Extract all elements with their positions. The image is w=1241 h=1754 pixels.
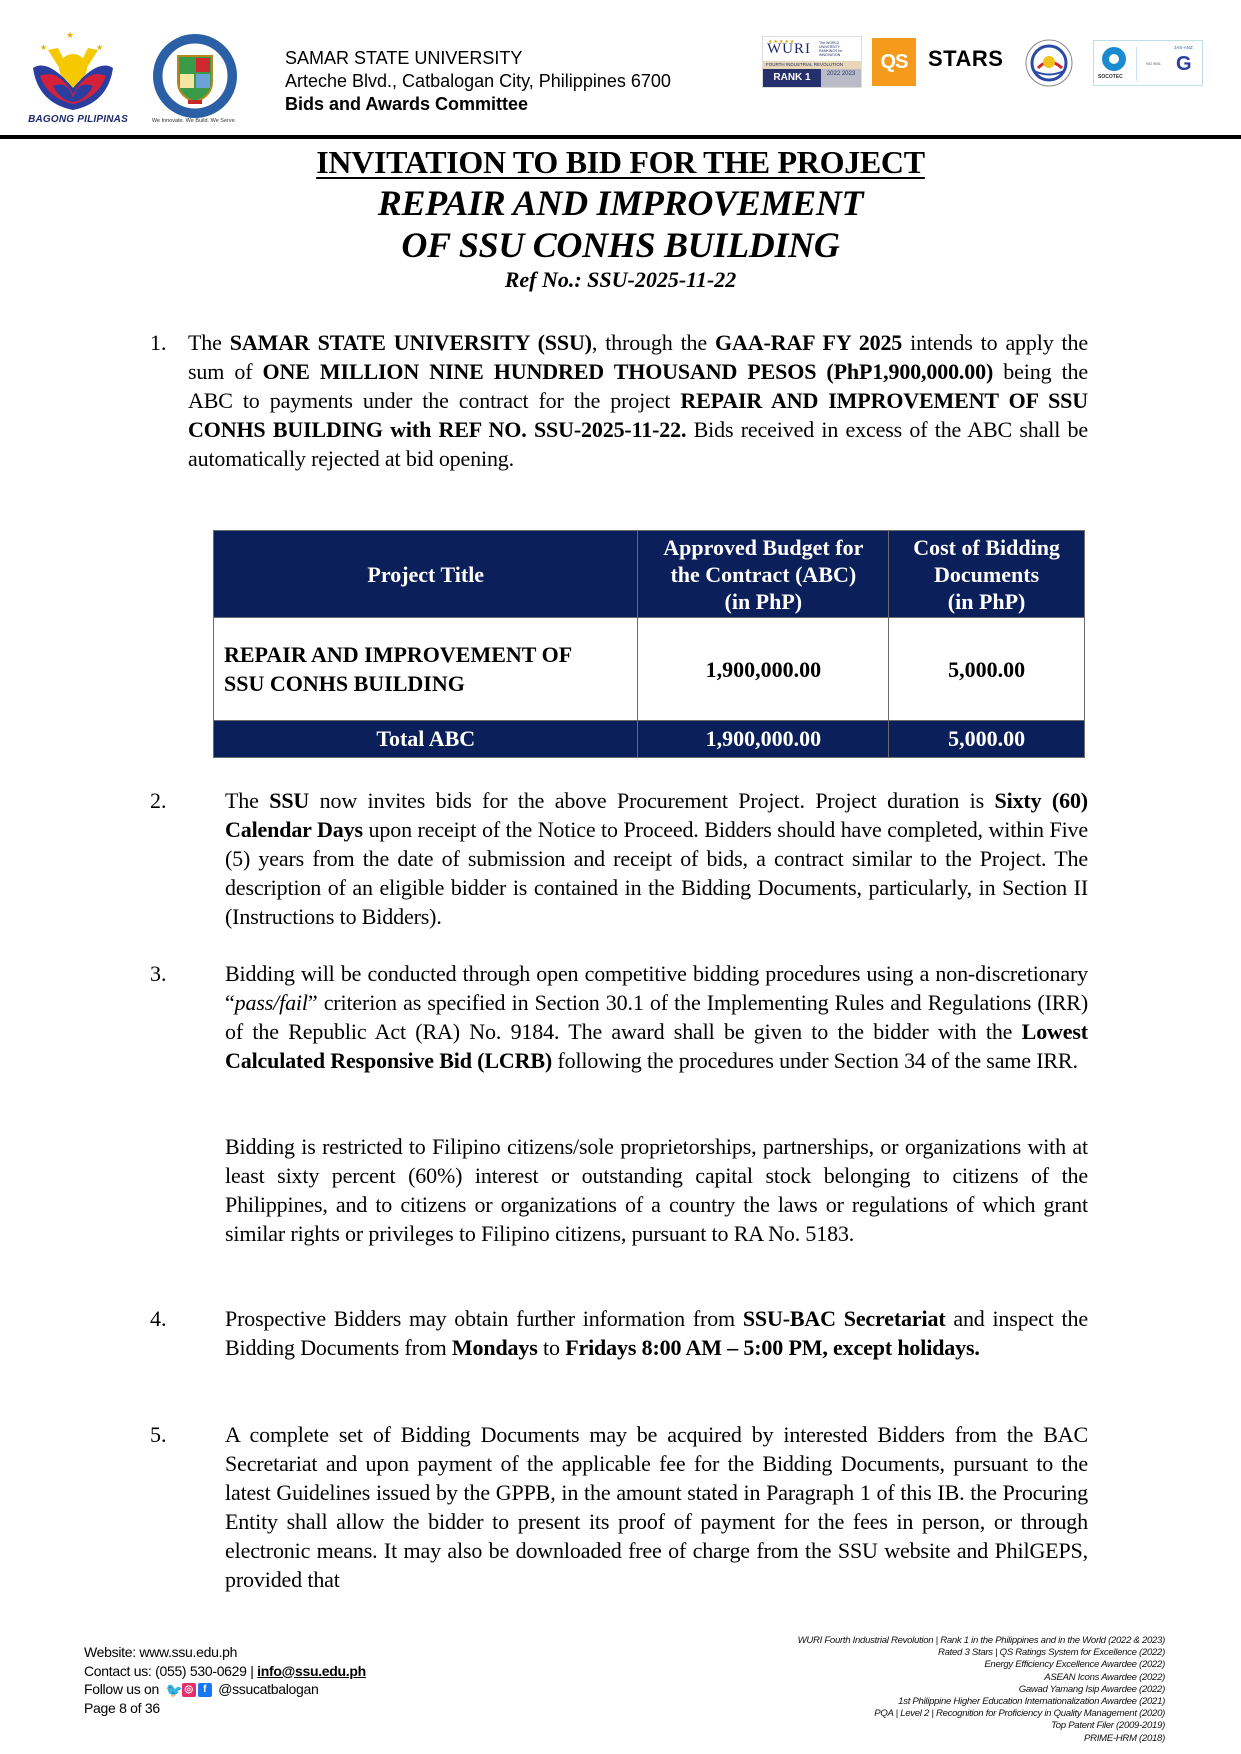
paragraph-2: The SSU now invites bids for the above P…: [225, 786, 1088, 931]
paragraph-number: 4.: [150, 1304, 167, 1333]
paragraph-1: The SAMAR STATE UNIVERSITY (SSU), throug…: [188, 328, 1088, 473]
cell-project-title: REPAIR AND IMPROVEMENT OFSSU CONHS BUILD…: [214, 618, 638, 721]
table-header-row: Project Title Approved Budget forthe Con…: [214, 531, 1085, 618]
award-item: Top Patent Filer (2009-2019): [798, 1720, 1165, 1732]
svg-text:★: ★: [40, 43, 47, 52]
ssu-seal-logo: We Innovate. We Build. We Serve.: [140, 32, 250, 132]
footer-awards: WURI Fourth Industrial Revolution | Rank…: [798, 1635, 1165, 1745]
abc-table: Project Title Approved Budget forthe Con…: [213, 530, 1085, 758]
cell-abc: 1,900,000.00: [638, 618, 889, 721]
paragraph-number: 1.: [150, 328, 167, 357]
follow-label: Follow us on: [84, 1681, 159, 1697]
org-unit: Bids and Awards Committee: [285, 93, 671, 116]
socotec-logo-icon: [1102, 47, 1126, 71]
wuri-rank: RANK 1: [763, 69, 821, 87]
award-item: 1st Philippine Higher Education Internat…: [798, 1696, 1165, 1708]
bagong-pilipinas-emblem-icon: ★ ★ ★: [18, 28, 128, 114]
total-cost-of-docs: 5,000.00: [889, 721, 1085, 758]
socotec-name: SOCOTEC: [1098, 74, 1123, 80]
cell-cost-of-docs: 5,000.00: [889, 618, 1085, 721]
footer-contact: Website: www.ssu.edu.ph Contact us: (055…: [84, 1643, 366, 1717]
paragraph-5: A complete set of Bidding Documents may …: [225, 1420, 1088, 1594]
ssu-seal-icon: [140, 32, 250, 120]
footer-phone: Contact us: (055) 530-0629 |: [84, 1663, 257, 1679]
column-header-project-title: Project Title: [214, 531, 638, 618]
footer-website[interactable]: Website: www.ssu.edu.ph: [84, 1643, 366, 1662]
bagong-pilipinas-logo: ★ ★ ★ BAGONG PILIPINAS: [18, 28, 128, 128]
award-item: Energy Efficiency Excellence Awardee (20…: [798, 1659, 1165, 1671]
total-label: Total ABC: [214, 721, 638, 758]
letterhead: ★ ★ ★ BAGONG PILIPINAS We Innovate. We B…: [0, 0, 1241, 140]
reference-number: Ref No.: SSU-2025-11-22: [0, 266, 1241, 294]
qs-stars-label: STARS: [928, 46, 1003, 72]
footer-email-link[interactable]: info@ssu.edu.ph: [257, 1663, 366, 1679]
pqa-seal-icon: [1024, 38, 1074, 88]
ssu-tagline: We Innovate. We Build. We Serve.: [134, 118, 254, 124]
paragraph-3: Bidding will be conducted through open c…: [225, 959, 1088, 1075]
document-title: INVITATION TO BID FOR THE PROJECT REPAIR…: [0, 142, 1241, 294]
wuri-band: FOURTH INDUSTRIAL REVOLUTION: [763, 61, 861, 69]
header-divider: [0, 135, 1241, 139]
table-total-row: Total ABC 1,900,000.00 5,000.00: [214, 721, 1085, 758]
title-line-invitation: INVITATION TO BID FOR THE PROJECT: [0, 142, 1241, 182]
table-row: REPAIR AND IMPROVEMENT OFSSU CONHS BUILD…: [214, 618, 1085, 721]
paragraph-number: 2.: [150, 786, 167, 815]
wuri-subtitle: The WORLD UNIVERSITY RANKINGS for INNOVA…: [819, 41, 859, 57]
page-number: Page 8 of 36: [84, 1699, 366, 1718]
award-item: Rated 3 Stars | QS Ratings System for Ex…: [798, 1647, 1165, 1659]
award-item: WURI Fourth Industrial Revolution | Rank…: [798, 1635, 1165, 1647]
column-header-abc: Approved Budget forthe Contract (ABC)(in…: [638, 531, 889, 618]
award-item: PQA | Level 2 | Recognition for Proficie…: [798, 1708, 1165, 1720]
pqa-seal-logo: [1024, 38, 1074, 88]
paragraph-number: 3.: [150, 959, 167, 988]
paragraph-number: 5.: [150, 1420, 167, 1449]
org-address: Arteche Blvd., Catbalogan City, Philippi…: [285, 70, 671, 93]
title-line-project-2: OF SSU CONHS BUILDING: [0, 224, 1241, 266]
social-handle: @ssucatbalogan: [218, 1681, 318, 1697]
instagram-icon[interactable]: ◎: [182, 1683, 196, 1697]
footer-contact-line: Contact us: (055) 530-0629 | info@ssu.ed…: [84, 1662, 366, 1681]
bagong-pilipinas-caption: BAGONG PILIPINAS: [20, 114, 136, 125]
title-line-project-1: REPAIR AND IMPROVEMENT: [0, 182, 1241, 224]
footer-social-line: Follow us on 🐦 ◎ f @ssucatbalogan: [84, 1680, 366, 1699]
total-abc: 1,900,000.00: [638, 721, 889, 758]
socotec-iso-badge: SOCOTEC ISO 9001 JAS-ANZ G: [1093, 40, 1203, 86]
facebook-icon[interactable]: f: [198, 1683, 212, 1697]
jas-anz-logo-icon: G: [1176, 53, 1192, 76]
award-item: PRIME-HRM (2018): [798, 1733, 1165, 1745]
star-rating-icon: ★★★★★: [768, 39, 795, 45]
iso-label: ISO 9001: [1136, 47, 1170, 81]
org-name: SAMAR STATE UNIVERSITY: [285, 47, 671, 70]
organization-block: SAMAR STATE UNIVERSITY Arteche Blvd., Ca…: [285, 47, 671, 116]
svg-text:★: ★: [66, 30, 74, 40]
jas-anz-label: JAS-ANZ: [1174, 45, 1193, 50]
wuri-years: 2022 2023: [821, 69, 861, 87]
award-item: ASEAN Icons Awardee (2022): [798, 1672, 1165, 1684]
paragraph-4: Prospective Bidders may obtain further i…: [225, 1304, 1088, 1362]
column-header-cost-of-docs: Cost of BiddingDocuments(in PhP): [889, 531, 1085, 618]
wuri-rank-badge: ★★★★★ WURI The WORLD UNIVERSITY RANKINGS…: [762, 36, 862, 88]
paragraph-3-eligibility: Bidding is restricted to Filipino citize…: [225, 1132, 1088, 1248]
qs-logo-icon: QS: [872, 38, 916, 86]
twitter-icon[interactable]: 🐦: [166, 1683, 180, 1697]
award-item: Gawad Yamang Isip Awardee (2022): [798, 1684, 1165, 1696]
